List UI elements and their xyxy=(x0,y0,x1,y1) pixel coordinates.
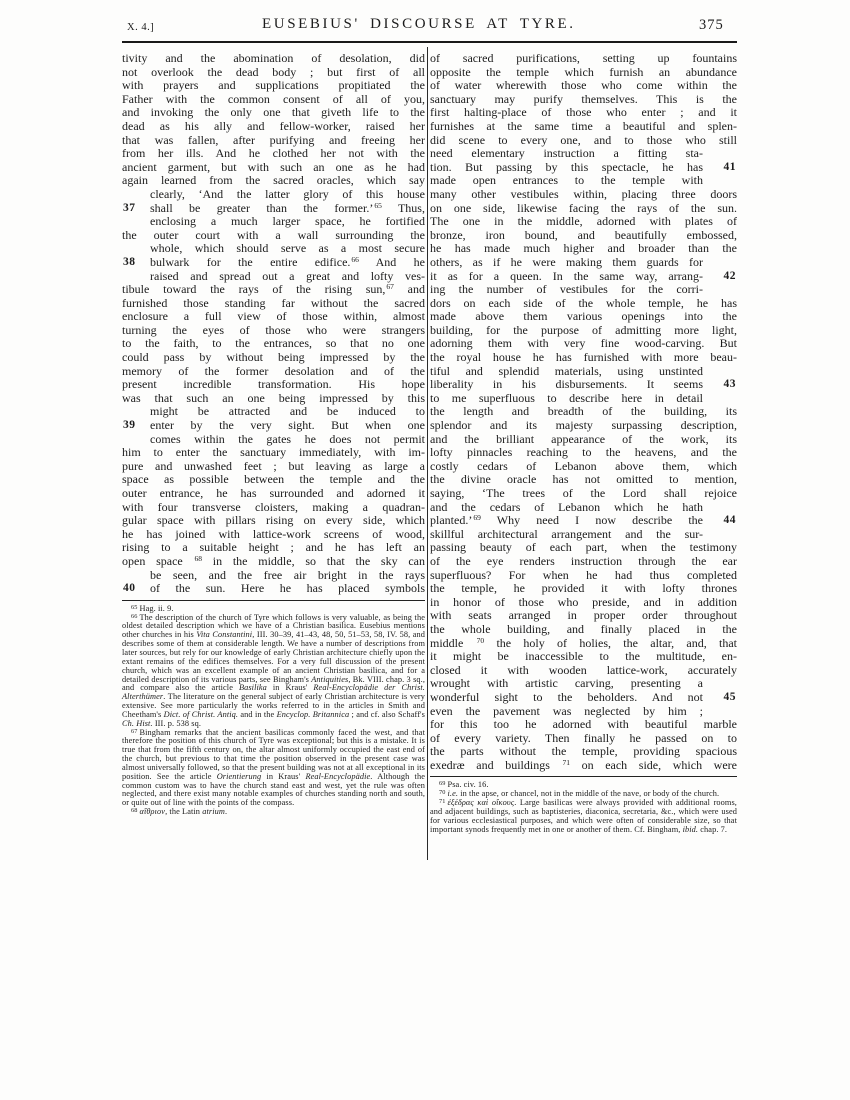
text-line: need elementary instruction a fitting st… xyxy=(430,147,737,161)
line-text: the divine oracle has not omitted to men… xyxy=(430,473,737,486)
line-text: was that such an one being impressed by … xyxy=(122,392,425,405)
section-number: 43 xyxy=(724,378,737,392)
section-number: 41 xyxy=(724,161,737,175)
text-line: again learned from the sacred oracles, w… xyxy=(122,174,425,188)
footnote-reference: 69 xyxy=(473,514,481,522)
text-line: the temple, he provided it with lofty th… xyxy=(430,582,737,596)
column-divider xyxy=(427,47,428,860)
text-line: 44planted.’69 Why need I now describe th… xyxy=(430,514,737,528)
text-line: on one side, likewise facing the rays of… xyxy=(430,202,737,216)
text-line: passing beauty of each part, when the te… xyxy=(430,541,737,555)
footnote-reference: 66 xyxy=(351,256,359,264)
line-text: and the cedars of Lebanon which he hath xyxy=(430,501,703,514)
line-text: adorning them with very fine wood-carvin… xyxy=(430,337,737,350)
line-text: outer entrance, he has surrounded and ad… xyxy=(122,487,425,500)
line-text: planted.’69 Why need I now describe the xyxy=(430,514,703,527)
line-text: of the eye renders instruction through t… xyxy=(430,555,737,568)
text-line: 41tion. But passing by this spectacle, h… xyxy=(430,161,737,175)
text-line: ancient garment, but with such an one as… xyxy=(122,161,425,175)
text-line: open space 68 in the middle, so that the… xyxy=(122,555,425,569)
left-column-footnotes: 65Hag. ii. 9.66The description of the ch… xyxy=(122,605,425,817)
text-line: 38bulwark for the entire edifice.66 And … xyxy=(122,256,425,270)
line-text: enclosing a much larger space, he fortif… xyxy=(150,215,425,228)
text-line: adorning them with very fine wood-carvin… xyxy=(430,337,737,351)
line-text: dead as his ally and fellow-worker, rais… xyxy=(122,120,425,133)
left-column-body: tivity and the abomination of desolation… xyxy=(122,52,425,596)
text-line: made open entrances to the temple with xyxy=(430,174,737,188)
footnote-text: i.e. in the apse, or chancel, not in the… xyxy=(448,789,720,798)
line-text: splendor and its majesty surpassing desc… xyxy=(430,419,737,432)
line-text: made above them various openings into th… xyxy=(430,310,737,323)
section-number: 42 xyxy=(724,270,737,284)
text-line: the whole building, and finally placed i… xyxy=(430,623,737,637)
chapter-section-label: X. 4.] xyxy=(127,22,154,33)
line-text: tibule toward the rays of the rising sun… xyxy=(122,283,425,296)
text-line: sanctuary may purify themselves. This is… xyxy=(430,93,737,107)
line-text: of sacred purifications, setting up foun… xyxy=(430,52,737,65)
line-text: him to enter the sanctuary immediately, … xyxy=(122,446,425,459)
text-line: and invoking the only one that giveth li… xyxy=(122,106,425,120)
line-text: enclosure a full view of those within, a… xyxy=(122,310,425,323)
line-text: wonderful sight to the beholders. And no… xyxy=(430,691,703,704)
footnote-text: Bingham remarks that the ancient basilic… xyxy=(122,728,425,808)
section-number: 45 xyxy=(724,691,737,705)
line-text: raised and spread out a great and lofty … xyxy=(150,270,425,283)
right-column-footnotes: 69Psa. civ. 16.70i.e. in the apse, or ch… xyxy=(430,781,737,834)
line-text: passing beauty of each part, when the te… xyxy=(430,541,737,554)
line-text: not overlook the dead body ; but first o… xyxy=(122,66,425,79)
line-text: many other vestibules within, placing th… xyxy=(430,188,737,201)
line-text: of every variety. Then finally he passed… xyxy=(430,732,737,745)
line-text: the outer court with a wall surrounding … xyxy=(122,229,425,242)
text-line: lofty pinnacles reaching to the heavens,… xyxy=(430,446,737,460)
line-text: the parts without the temple, providing … xyxy=(430,745,737,758)
text-line: outer entrance, he has surrounded and ad… xyxy=(122,487,425,501)
line-text: of water wherewith those who come within… xyxy=(430,79,737,92)
text-line: saying, ‘The trees of the Lord shall rej… xyxy=(430,487,737,501)
left-column: tivity and the abomination of desolation… xyxy=(122,52,425,817)
text-line: clearly, ‘And the latter glory of this h… xyxy=(122,188,425,202)
line-text: shall be greater than the former.’65 Thu… xyxy=(150,202,425,215)
line-text: clearly, ‘And the latter glory of this h… xyxy=(150,188,425,201)
text-line: and the cedars of Lebanon which he hath xyxy=(430,501,737,515)
line-text: lofty pinnacles reaching to the heavens,… xyxy=(430,446,737,459)
text-line: tibule toward the rays of the rising sun… xyxy=(122,283,425,297)
text-line: many other vestibules within, placing th… xyxy=(430,188,737,202)
line-text: be seen, and the free air bright in the … xyxy=(150,569,425,582)
line-text: with prayers and supplications propitiat… xyxy=(122,79,425,92)
line-text: rising to a suitable height ; and he has… xyxy=(122,541,425,554)
line-text: it might be inaccessible to the multitud… xyxy=(430,650,737,663)
footnote-number: 71 xyxy=(439,798,446,805)
text-line: of every variety. Then finally he passed… xyxy=(430,732,737,746)
line-text: whole, which should serve as a most secu… xyxy=(150,242,425,255)
text-line: present incredible transformation. His h… xyxy=(122,378,425,392)
line-text: that was fallen, after purifying and fre… xyxy=(122,134,425,147)
footnote: 71ἐξέδρας καὶ οἴκους. Large basilicas we… xyxy=(430,799,737,834)
footnote-reference: 65 xyxy=(374,202,382,210)
book-page: X. 4.] EUSEBIUS' DISCOURSE AT TYRE. 375 … xyxy=(0,0,850,1100)
page-title: EUSEBIUS' DISCOURSE AT TYRE. xyxy=(262,16,576,33)
footnote-number: 70 xyxy=(439,789,446,796)
line-text: and the brilliant appearance of the work… xyxy=(430,433,737,446)
line-text: bulwark for the entire edifice.66 And he xyxy=(150,256,425,269)
line-text: with four transverse cloisters, making a… xyxy=(122,501,425,514)
line-text: bronze, iron bound, and beautifully embo… xyxy=(430,229,737,242)
text-line: ing the number of vestibules for the cor… xyxy=(430,283,737,297)
text-line: the length and breadth of the building, … xyxy=(430,405,737,419)
line-text: of the sun. Here he has placed symbols xyxy=(150,582,425,595)
line-text: memory of the former desolation and of t… xyxy=(122,365,425,378)
text-line: bronze, iron bound, and beautifully embo… xyxy=(430,229,737,243)
footnote-separator xyxy=(430,776,737,777)
text-line: comes within the gates he does not permi… xyxy=(122,433,425,447)
text-line: skillful architectural arrangement and t… xyxy=(430,528,737,542)
text-line: of the eye renders instruction through t… xyxy=(430,555,737,569)
line-text: tivity and the abomination of desolation… xyxy=(122,52,425,65)
footnote-text: Hag. ii. 9. xyxy=(140,604,174,613)
line-text: superfluous? For when he had thus comple… xyxy=(430,569,737,582)
text-line: raised and spread out a great and lofty … xyxy=(122,270,425,284)
line-text: skillful architectural arrangement and t… xyxy=(430,528,703,541)
text-line: 37shall be greater than the former.’65 T… xyxy=(122,202,425,216)
text-line: from her ills. And he clothed her not wi… xyxy=(122,147,425,161)
line-text: even the pavement was neglected by him ; xyxy=(430,705,703,718)
text-line: the royal house he has furnished with mo… xyxy=(430,351,737,365)
text-line: dead as his ally and fellow-worker, rais… xyxy=(122,120,425,134)
section-number: 38 xyxy=(123,256,136,270)
line-text: building, for the purpose of admitting m… xyxy=(430,324,737,337)
text-line: The one in the middle, adorned with plat… xyxy=(430,215,737,229)
line-text: again learned from the sacred oracles, w… xyxy=(122,174,425,187)
text-line: furnishes at the same time a beautiful a… xyxy=(430,120,737,134)
text-line: space as possible between the temple and… xyxy=(122,473,425,487)
text-line: he has joined with lattice-work screens … xyxy=(122,528,425,542)
text-line: wrought with artistic carving, presentin… xyxy=(430,677,737,691)
text-line: with seats arranged in proper order thro… xyxy=(430,609,737,623)
line-text: with seats arranged in proper order thro… xyxy=(430,609,737,622)
footnote-number: 65 xyxy=(131,604,138,611)
text-line: was that such an one being impressed by … xyxy=(122,392,425,406)
line-text: need elementary instruction a fitting st… xyxy=(430,147,703,160)
line-text: turning the eyes of those who were stran… xyxy=(122,324,425,337)
text-line: to the faith, to the entrances, so that … xyxy=(122,337,425,351)
line-text: liberality in his disbursements. It seem… xyxy=(430,378,703,391)
text-line: 42it as for a queen. In the same way, ar… xyxy=(430,270,737,284)
text-line: to me superfluous to describe here in de… xyxy=(430,392,737,406)
text-line: did scene to every one, and to those who… xyxy=(430,134,737,148)
text-line: 45wonderful sight to the beholders. And … xyxy=(430,691,737,705)
line-text: space as possible between the temple and… xyxy=(122,473,425,486)
line-text: others, as if he were making them guards… xyxy=(430,256,703,269)
text-line: might be attracted and be induced to xyxy=(122,405,425,419)
text-line: that was fallen, after purifying and fre… xyxy=(122,134,425,148)
line-text: furnished those standing far without the… xyxy=(122,297,425,310)
line-text: and invoking the only one that giveth li… xyxy=(122,106,425,119)
text-line: 43liberality in his disbursements. It se… xyxy=(430,378,737,392)
line-text: the whole building, and finally placed i… xyxy=(430,623,737,636)
line-text: on one side, likewise facing the rays of… xyxy=(430,202,737,215)
footnote-number: 68 xyxy=(131,807,138,814)
line-text: the royal house he has furnished with mo… xyxy=(430,351,737,364)
text-line: could pass by without being impressed by… xyxy=(122,351,425,365)
text-line: of water wherewith those who come within… xyxy=(430,79,737,93)
text-line: it might be inaccessible to the multitud… xyxy=(430,650,737,664)
line-text: might be attracted and be induced to xyxy=(150,405,425,418)
line-text: tiful and splendid materials, using unst… xyxy=(430,365,703,378)
footnote-text: ἐξέδρας καὶ οἴκους. Large basilicas were… xyxy=(430,798,737,834)
text-line: the divine oracle has not omitted to men… xyxy=(430,473,737,487)
line-text: it as for a queen. In the same way, arra… xyxy=(430,270,703,283)
line-text: wrought with artistic carving, presentin… xyxy=(430,677,703,690)
line-text: first halting-place of those who enter ;… xyxy=(430,106,737,119)
text-line: Father with the common consent of all of… xyxy=(122,93,425,107)
line-text: costly cedars of Lebanon above them, whi… xyxy=(430,460,737,473)
footnote: 66The description of the church of Tyre … xyxy=(122,614,425,729)
line-text: he has joined with lattice-work screens … xyxy=(122,528,425,541)
section-number: 37 xyxy=(123,202,136,216)
line-text: The one in the middle, adorned with plat… xyxy=(430,215,737,228)
text-line: turning the eyes of those who were stran… xyxy=(122,324,425,338)
line-text: present incredible transformation. His h… xyxy=(122,378,425,391)
section-number: 39 xyxy=(123,419,136,433)
text-line: exedræ and buildings 71 on each side, wh… xyxy=(430,759,737,773)
line-text: to the faith, to the entrances, so that … xyxy=(122,337,425,350)
line-text: sanctuary may purify themselves. This is… xyxy=(430,93,737,106)
line-text: ancient garment, but with such an one as… xyxy=(122,161,425,174)
footnote-reference: 68 xyxy=(194,555,202,563)
text-line: gular space with pillars rising on every… xyxy=(122,514,425,528)
text-line: enclosure a full view of those within, a… xyxy=(122,310,425,324)
text-line: furnished those standing far without the… xyxy=(122,297,425,311)
text-line: closed it with wooden lattice-work, accu… xyxy=(430,664,737,678)
footnote-reference: 67 xyxy=(386,283,394,291)
running-header: X. 4.] EUSEBIUS' DISCOURSE AT TYRE. 375 xyxy=(0,0,850,44)
text-line: superfluous? For when he had thus comple… xyxy=(430,569,737,583)
text-line: the outer court with a wall surrounding … xyxy=(122,229,425,243)
line-text: to me superfluous to describe here in de… xyxy=(430,392,703,405)
line-text: Father with the common consent of all of… xyxy=(122,93,425,106)
text-line: in honor of those who preside, and in ad… xyxy=(430,596,737,610)
text-line: building, for the purpose of admitting m… xyxy=(430,324,737,338)
line-text: comes within the gates he does not permi… xyxy=(150,433,425,446)
line-text: ing the number of vestibules for the cor… xyxy=(430,283,703,296)
right-column-body: of sacred purifications, setting up foun… xyxy=(430,52,737,772)
line-text: gular space with pillars rising on every… xyxy=(122,514,425,527)
line-text: enter by the very sight. But when one xyxy=(150,419,425,432)
line-text: exedræ and buildings 71 on each side, wh… xyxy=(430,759,737,772)
text-line: opposite the temple which furnish an abu… xyxy=(430,66,737,80)
text-line: and the brilliant appearance of the work… xyxy=(430,433,737,447)
line-text: middle 70 the holy of holies, the altar,… xyxy=(430,637,737,650)
line-text: in honor of those who preside, and in ad… xyxy=(430,596,737,609)
section-number: 44 xyxy=(724,514,737,528)
line-text: he has made much higher and broader than… xyxy=(430,242,737,255)
section-number: 40 xyxy=(123,582,136,596)
line-text: tion. But passing by this spectacle, he … xyxy=(430,161,703,174)
footnote-reference: 71 xyxy=(562,759,570,767)
text-line: 40of the sun. Here he has placed symbols xyxy=(122,582,425,596)
footnote-number: 66 xyxy=(131,613,138,620)
footnote: 67Bingham remarks that the ancient basil… xyxy=(122,729,425,809)
line-text: the temple, he provided it with lofty th… xyxy=(430,582,737,595)
footnote-separator xyxy=(122,600,425,601)
text-line: him to enter the sanctuary immediately, … xyxy=(122,446,425,460)
footnote-number: 67 xyxy=(131,728,138,735)
footnote: 68αἴθριον, the Latin atrium. xyxy=(122,808,425,817)
text-line: the parts without the temple, providing … xyxy=(430,745,737,759)
line-text: saying, ‘The trees of the Lord shall rej… xyxy=(430,487,737,500)
line-text: dors on each side of the whole temple, h… xyxy=(430,297,737,310)
text-line: whole, which should serve as a most secu… xyxy=(122,242,425,256)
text-line: even the pavement was neglected by him ; xyxy=(430,705,737,719)
text-line: with four transverse cloisters, making a… xyxy=(122,501,425,515)
footnote-text: The description of the church of Tyre wh… xyxy=(122,613,425,728)
text-line: memory of the former desolation and of t… xyxy=(122,365,425,379)
text-line: costly cedars of Lebanon above them, whi… xyxy=(430,460,737,474)
text-line: first halting-place of those who enter ;… xyxy=(430,106,737,120)
line-text: furnishes at the same time a beautiful a… xyxy=(430,120,737,133)
text-line: with prayers and supplications propitiat… xyxy=(122,79,425,93)
text-line: be seen, and the free air bright in the … xyxy=(122,569,425,583)
line-text: the length and breadth of the building, … xyxy=(430,405,737,418)
text-line: made above them various openings into th… xyxy=(430,310,737,324)
text-line: of sacred purifications, setting up foun… xyxy=(430,52,737,66)
right-column: of sacred purifications, setting up foun… xyxy=(430,52,737,835)
footnote-text: Psa. civ. 16. xyxy=(448,780,489,789)
text-line: he has made much higher and broader than… xyxy=(430,242,737,256)
text-line: 39enter by the very sight. But when one xyxy=(122,419,425,433)
text-line: middle 70 the holy of holies, the altar,… xyxy=(430,637,737,651)
line-text: open space 68 in the middle, so that the… xyxy=(122,555,425,568)
text-line: for this too he adorned with beautiful m… xyxy=(430,718,737,732)
text-line: not overlook the dead body ; but first o… xyxy=(122,66,425,80)
line-text: for this too he adorned with beautiful m… xyxy=(430,718,737,731)
header-rule xyxy=(122,41,737,43)
text-line: enclosing a much larger space, he fortif… xyxy=(122,215,425,229)
text-line: dors on each side of the whole temple, h… xyxy=(430,297,737,311)
text-line: rising to a suitable height ; and he has… xyxy=(122,541,425,555)
line-text: did scene to every one, and to those who… xyxy=(430,134,737,147)
line-text: pure and unwashed feet ; but leaving as … xyxy=(122,460,425,473)
line-text: made open entrances to the temple with xyxy=(430,174,703,187)
text-line: tivity and the abomination of desolation… xyxy=(122,52,425,66)
footnote-number: 69 xyxy=(439,780,446,787)
text-line: others, as if he were making them guards… xyxy=(430,256,737,270)
line-text: closed it with wooden lattice-work, accu… xyxy=(430,664,737,677)
text-line: pure and unwashed feet ; but leaving as … xyxy=(122,460,425,474)
text-line: splendor and its majesty surpassing desc… xyxy=(430,419,737,433)
footnote-text: αἴθριον, the Latin atrium. xyxy=(140,807,228,816)
line-text: could pass by without being impressed by… xyxy=(122,351,425,364)
line-text: from her ills. And he clothed her not wi… xyxy=(122,147,425,160)
footnote-reference: 70 xyxy=(477,637,485,645)
text-line: tiful and splendid materials, using unst… xyxy=(430,365,737,379)
line-text: opposite the temple which furnish an abu… xyxy=(430,66,737,79)
page-number: 375 xyxy=(699,17,724,34)
